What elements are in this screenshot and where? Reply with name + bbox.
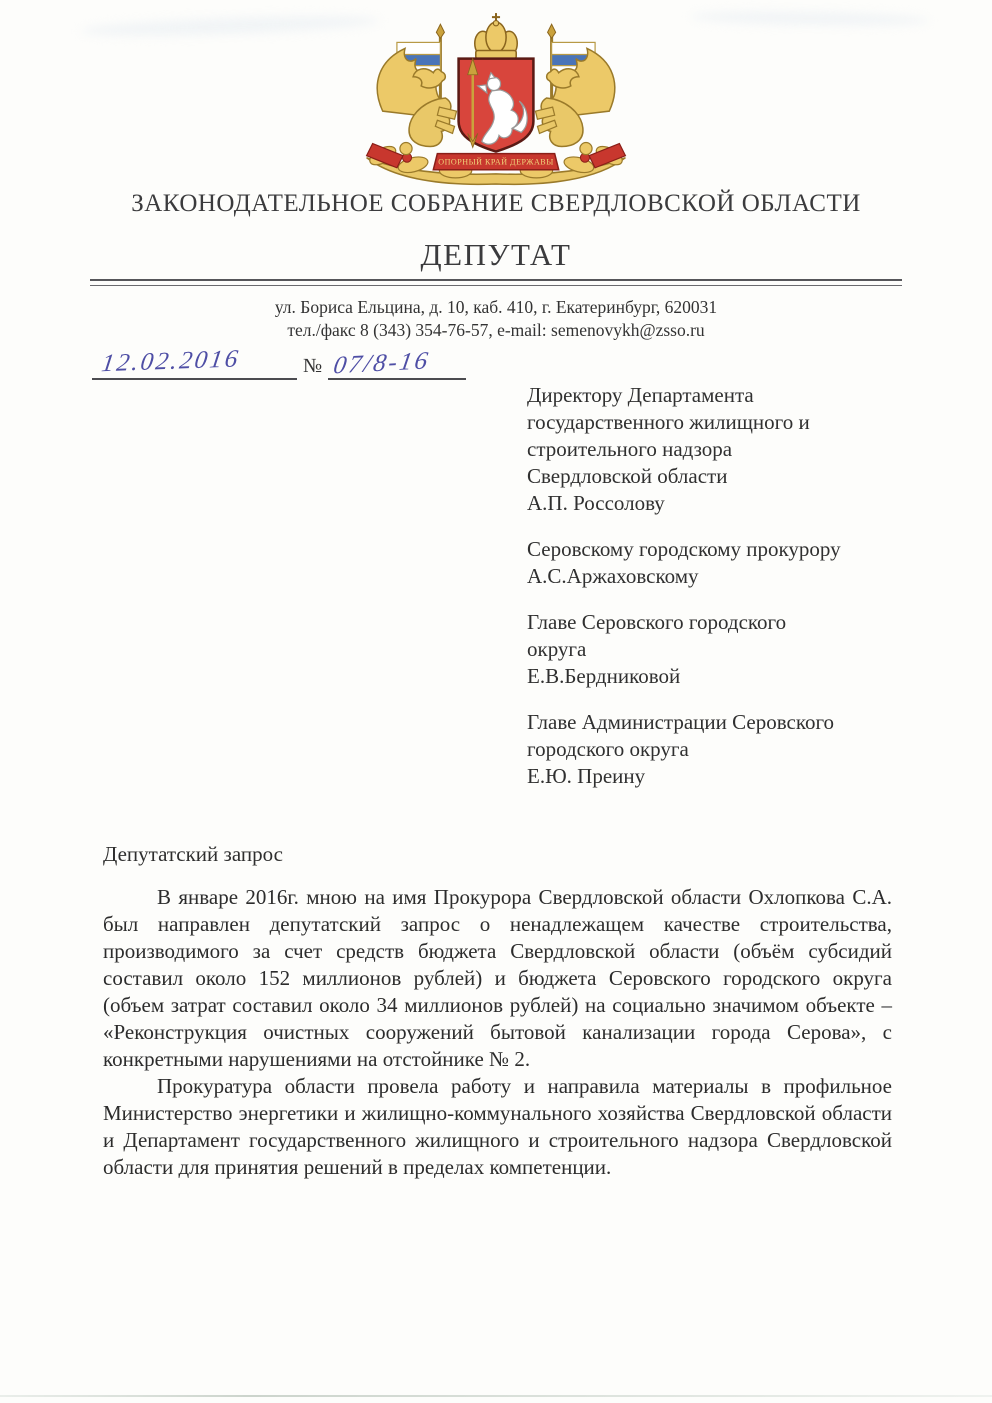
addressee-line: округа <box>527 636 927 663</box>
addressee-line: строительного надзора <box>527 436 927 463</box>
addressee-line: А.С.Аржаховскому <box>527 563 927 590</box>
subject-line: Депутатский запрос <box>103 842 283 867</box>
outgoing-number-field: 07/8-16 <box>328 350 466 380</box>
addressee-line: Главе Серовского городского <box>527 609 927 636</box>
organization-name: ЗАКОНОДАТЕЛЬНОЕ СОБРАНИЕ СВЕРДЛОВСКОЙ ОБ… <box>0 190 992 218</box>
addressee-3: Главе Серовского городского округа Е.В.Б… <box>527 609 927 690</box>
addressee-block: Директору Департамента государственного … <box>527 382 927 809</box>
scan-page-edge <box>0 1395 992 1397</box>
scan-smudge-top-left <box>80 13 380 39</box>
addressee-2: Серовскому городскому прокурору А.С.Аржа… <box>527 536 927 590</box>
addressee-1: Директору Департамента государственного … <box>527 382 927 517</box>
addressee-line: Свердловской области <box>527 463 927 490</box>
addressee-line: А.П. Россолову <box>527 490 927 517</box>
handwritten-date: 12.02.2016 <box>90 345 242 378</box>
org-address-line: ул. Бориса Ельцина, д. 10, каб. 410, г. … <box>0 297 992 318</box>
sverdlovsk-coat-of-arms-icon: ОПОРНЫЙ КРАЙ ДЕРЖАВЫ <box>341 6 651 188</box>
addressee-line: Е.В.Бердниковой <box>527 663 927 690</box>
scanned-letter-page: ОПОРНЫЙ КРАЙ ДЕРЖАВЫ ЗАКОНОДАТЕЛЬНОЕ СОБ… <box>0 0 992 1403</box>
header-divider-rule <box>90 279 902 286</box>
date-field: 12.02.2016 <box>92 348 297 380</box>
org-contact-line: тел./факс 8 (343) 354-76-57, e-mail: sem… <box>0 320 992 341</box>
addressee-line: Серовскому городскому прокурору <box>527 536 927 563</box>
letter-body: В январе 2016г. мною на имя Прокурора Св… <box>103 884 892 1181</box>
handwritten-number: 07/8-16 <box>325 347 432 380</box>
document-title: ДЕПУТАТ <box>0 237 992 273</box>
scan-smudge-top-right <box>690 10 930 27</box>
body-paragraph-1: В январе 2016г. мною на имя Прокурора Св… <box>103 884 892 1073</box>
addressee-line: Главе Администрации Серовского <box>527 709 927 736</box>
addressee-line: Е.Ю. Преину <box>527 763 927 790</box>
addressee-line: государственного жилищного и <box>527 409 927 436</box>
addressee-4: Главе Администрации Серовского городског… <box>527 709 927 790</box>
number-sign-label: № <box>303 355 322 378</box>
emblem-motto: ОПОРНЫЙ КРАЙ ДЕРЖАВЫ <box>438 158 554 167</box>
body-paragraph-2: Прокуратура области провела работу и нап… <box>103 1073 892 1181</box>
addressee-line: городского округа <box>527 736 927 763</box>
addressee-line: Директору Департамента <box>527 382 927 409</box>
